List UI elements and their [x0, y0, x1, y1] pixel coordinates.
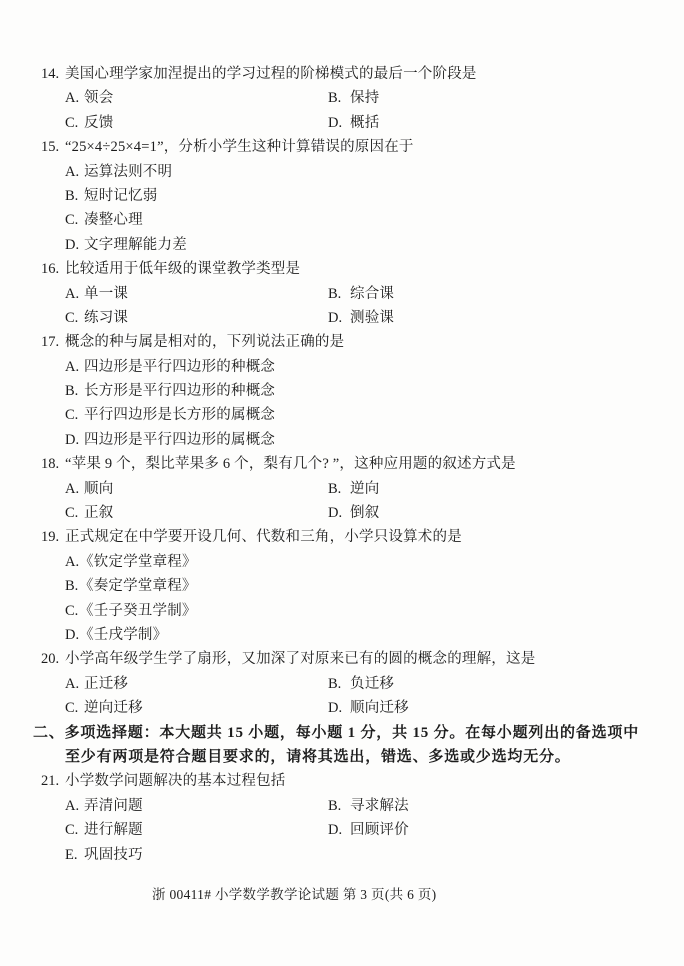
question-19-text: 正式规定在中学要开设几何、代数和三角，小学只设算术的是 [65, 525, 462, 549]
question-15-option-a-row: A.运算法则不明 [0, 160, 684, 184]
question-20-option-a: A.正迁移 [65, 672, 128, 696]
question-19-option-d-row: D.《壬戌学制》 [0, 623, 684, 647]
option-text: 练习课 [84, 310, 128, 326]
option-label: C. [65, 599, 79, 623]
option-text: 综合课 [350, 286, 394, 302]
option-label: B. [328, 672, 350, 696]
question-20-option-b: B.负迁移 [328, 672, 394, 696]
question-18-number: 18. [41, 452, 59, 476]
question-18-options-row-cd: C.正叙 D.倒叙 [0, 501, 684, 525]
exam-paper-page: 14. 美国心理学家加涅提出的学习过程的阶梯模式的最后一个阶段是 A.领会 B.… [0, 0, 684, 966]
question-16-option-a: A.单一课 [65, 282, 128, 306]
question-17-option-c: C.平行四边形是长方形的属概念 [65, 403, 275, 427]
option-label: D. [328, 111, 350, 135]
question-16-option-c: C.练习课 [65, 306, 128, 330]
question-16-option-d: D.测验课 [328, 306, 394, 330]
question-19: 19. 正式规定在中学要开设几何、代数和三角，小学只设算术的是 [0, 525, 684, 549]
question-20-text: 小学高年级学生学了扇形，又加深了对原来已有的圆的概念的理解，这是 [65, 647, 535, 671]
question-17-text: 概念的种与属是相对的，下列说法正确的是 [65, 330, 344, 354]
question-21-option-d: D.回顾评价 [328, 818, 409, 842]
question-15-option-c: C.凑整心理 [65, 208, 143, 232]
question-18-option-a: A.顺向 [65, 477, 113, 501]
option-label: B. [328, 282, 350, 306]
option-label: B. [65, 574, 79, 598]
option-label: D. [65, 233, 84, 257]
option-text: 顺向迁移 [350, 700, 409, 716]
option-label: D. [328, 306, 350, 330]
question-17: 17. 概念的种与属是相对的，下列说法正确的是 [0, 330, 684, 354]
option-text: 《奏定学堂章程》 [79, 578, 197, 594]
option-text: 顺向 [84, 481, 113, 497]
option-label: C. [65, 501, 84, 525]
question-16: 16. 比较适用于低年级的课堂教学类型是 [0, 257, 684, 281]
section-2-title-continued: 至少有两项是符合题目要求的，请将其选出，错选、多选或少选均无分。 [65, 745, 571, 769]
question-17-option-d: D.四边形是平行四边形的属概念 [65, 428, 275, 452]
option-text: 短时记忆弱 [84, 188, 158, 204]
option-label: C. [65, 208, 84, 232]
question-14-text: 美国心理学家加涅提出的学习过程的阶梯模式的最后一个阶段是 [65, 62, 477, 86]
section-2-header-line-1: 二、多项选择题：本大题共 15 小题，每小题 1 分，共 15 分。在每小题列出… [0, 721, 684, 745]
option-text: 逆向 [350, 481, 379, 497]
question-16-number: 16. [41, 257, 59, 281]
option-text: 《壬戌学制》 [79, 627, 167, 643]
question-19-number: 19. [41, 525, 59, 549]
question-15-option-b: B.短时记忆弱 [65, 184, 158, 208]
questions-area: 14. 美国心理学家加涅提出的学习过程的阶梯模式的最后一个阶段是 A.领会 B.… [0, 62, 684, 867]
option-label: A. [65, 160, 84, 184]
question-17-option-a: A.四边形是平行四边形的种概念 [65, 355, 275, 379]
option-label: B. [328, 794, 350, 818]
option-text: 《钦定学堂章程》 [79, 554, 197, 570]
option-text: 概括 [350, 115, 379, 131]
question-14-option-c: C.反馈 [65, 111, 113, 135]
option-label: C. [65, 818, 84, 842]
option-text: 领会 [84, 90, 113, 106]
option-text: 平行四边形是长方形的属概念 [84, 407, 275, 423]
question-21-option-e-row: E.巩固技巧 [0, 843, 684, 867]
question-19-option-a: A.《钦定学堂章程》 [65, 550, 197, 574]
option-label: C. [65, 696, 84, 720]
option-text: 文字理解能力差 [84, 237, 187, 253]
option-text: 测验课 [350, 310, 394, 326]
question-21: 21. 小学数学问题解决的基本过程包括 [0, 769, 684, 793]
question-18-option-d: D.倒叙 [328, 501, 379, 525]
option-label: A. [65, 355, 84, 379]
option-label: D. [65, 623, 79, 647]
question-20-options-row-ab: A.正迁移 B.负迁移 [0, 672, 684, 696]
question-19-option-b: B.《奏定学堂章程》 [65, 574, 197, 598]
option-text: 保持 [350, 90, 379, 106]
question-14-option-d: D.概括 [328, 111, 379, 135]
option-text: 单一课 [84, 286, 128, 302]
option-label: D. [328, 501, 350, 525]
option-text: 逆向迁移 [84, 700, 143, 716]
question-19-option-c-row: C.《壬子癸丑学制》 [0, 599, 684, 623]
question-19-option-d: D.《壬戌学制》 [65, 623, 167, 647]
option-text: 弄清问题 [84, 798, 143, 814]
question-18: 18. “苹果 9 个，梨比苹果多 6 个，梨有几个? ”，这种应用题的叙述方式… [0, 452, 684, 476]
question-14: 14. 美国心理学家加涅提出的学习过程的阶梯模式的最后一个阶段是 [0, 62, 684, 86]
question-21-option-c: C.进行解题 [65, 818, 143, 842]
question-16-text: 比较适用于低年级的课堂教学类型是 [65, 257, 300, 281]
question-15-option-c-row: C.凑整心理 [0, 208, 684, 232]
page-footer: 浙 00411# 小学数学教学论试题 第 3 页(共 6 页) [152, 886, 436, 904]
question-21-option-a: A.弄清问题 [65, 794, 143, 818]
option-text: 运算法则不明 [84, 164, 172, 180]
option-text: 《壬子癸丑学制》 [79, 603, 197, 619]
option-label: B. [328, 477, 350, 501]
question-16-option-b: B.综合课 [328, 282, 394, 306]
option-text: 正叙 [84, 505, 113, 521]
option-text: 正迁移 [84, 676, 128, 692]
option-label: D. [328, 818, 350, 842]
question-17-option-b: B.长方形是平行四边形的种概念 [65, 379, 275, 403]
option-text: 凑整心理 [84, 212, 143, 228]
question-16-options-row-ab: A.单一课 B.综合课 [0, 282, 684, 306]
question-20-options-row-cd: C.逆向迁移 D.顺向迁移 [0, 696, 684, 720]
question-15-option-b-row: B.短时记忆弱 [0, 184, 684, 208]
question-18-options-row-ab: A.顺向 B.逆向 [0, 477, 684, 501]
section-2-header-line-2: 至少有两项是符合题目要求的，请将其选出，错选、多选或少选均无分。 [0, 745, 684, 769]
option-text: 寻求解法 [350, 798, 409, 814]
question-19-option-c: C.《壬子癸丑学制》 [65, 599, 197, 623]
question-21-text: 小学数学问题解决的基本过程包括 [65, 769, 286, 793]
question-18-option-c: C.正叙 [65, 501, 113, 525]
section-2-title: 二、多项选择题：本大题共 15 小题，每小题 1 分，共 15 分。在每小题列出… [33, 721, 639, 745]
question-21-number: 21. [41, 769, 59, 793]
option-label: A. [65, 86, 84, 110]
option-text: 反馈 [84, 115, 113, 131]
question-20-option-d: D.顺向迁移 [328, 696, 409, 720]
question-17-option-d-row: D.四边形是平行四边形的属概念 [0, 428, 684, 452]
option-text: 巩固技巧 [84, 847, 143, 863]
question-18-option-b: B.逆向 [328, 477, 379, 501]
question-14-number: 14. [41, 62, 59, 86]
option-label: A. [65, 550, 79, 574]
option-text: 四边形是平行四边形的属概念 [84, 432, 275, 448]
question-17-number: 17. [41, 330, 59, 354]
option-label: E. [65, 843, 84, 867]
question-14-options-row-ab: A.领会 B.保持 [0, 86, 684, 110]
question-17-option-b-row: B.长方形是平行四边形的种概念 [0, 379, 684, 403]
option-text: 长方形是平行四边形的种概念 [84, 383, 275, 399]
option-text: 回顾评价 [350, 822, 409, 838]
option-label: A. [65, 794, 84, 818]
question-14-option-a: A.领会 [65, 86, 113, 110]
option-label: C. [65, 306, 84, 330]
option-label: B. [65, 184, 84, 208]
option-label: A. [65, 477, 84, 501]
option-label: C. [65, 111, 84, 135]
question-20-option-c: C.逆向迁移 [65, 696, 143, 720]
question-17-option-a-row: A.四边形是平行四边形的种概念 [0, 355, 684, 379]
question-15-text: “25×4÷25×4=1”，分析小学生这种计算错误的原因在于 [65, 135, 414, 159]
question-15-option-d-row: D.文字理解能力差 [0, 233, 684, 257]
question-15-number: 15. [41, 135, 59, 159]
question-18-text: “苹果 9 个，梨比苹果多 6 个，梨有几个? ”，这种应用题的叙述方式是 [65, 452, 516, 476]
question-21-options-row-ab: A.弄清问题 B.寻求解法 [0, 794, 684, 818]
option-text: 负迁移 [350, 676, 394, 692]
question-20: 20. 小学高年级学生学了扇形，又加深了对原来已有的圆的概念的理解，这是 [0, 647, 684, 671]
question-21-option-b: B.寻求解法 [328, 794, 409, 818]
question-15-option-d: D.文字理解能力差 [65, 233, 187, 257]
option-label: A. [65, 282, 84, 306]
question-15-option-a: A.运算法则不明 [65, 160, 172, 184]
option-label: C. [65, 403, 84, 427]
option-label: B. [328, 86, 350, 110]
option-text: 进行解题 [84, 822, 143, 838]
question-14-option-b: B.保持 [328, 86, 379, 110]
option-text: 四边形是平行四边形的种概念 [84, 359, 275, 375]
question-20-number: 20. [41, 647, 59, 671]
question-14-options-row-cd: C.反馈 D.概括 [0, 111, 684, 135]
question-19-option-a-row: A.《钦定学堂章程》 [0, 550, 684, 574]
option-label: B. [65, 379, 84, 403]
option-text: 倒叙 [350, 505, 379, 521]
question-15: 15. “25×4÷25×4=1”，分析小学生这种计算错误的原因在于 [0, 135, 684, 159]
option-label: A. [65, 672, 84, 696]
option-label: D. [65, 428, 84, 452]
question-16-options-row-cd: C.练习课 D.测验课 [0, 306, 684, 330]
question-19-option-b-row: B.《奏定学堂章程》 [0, 574, 684, 598]
option-label: D. [328, 696, 350, 720]
question-17-option-c-row: C.平行四边形是长方形的属概念 [0, 403, 684, 427]
question-21-options-row-cd: C.进行解题 D.回顾评价 [0, 818, 684, 842]
question-21-option-e: E.巩固技巧 [65, 843, 143, 867]
